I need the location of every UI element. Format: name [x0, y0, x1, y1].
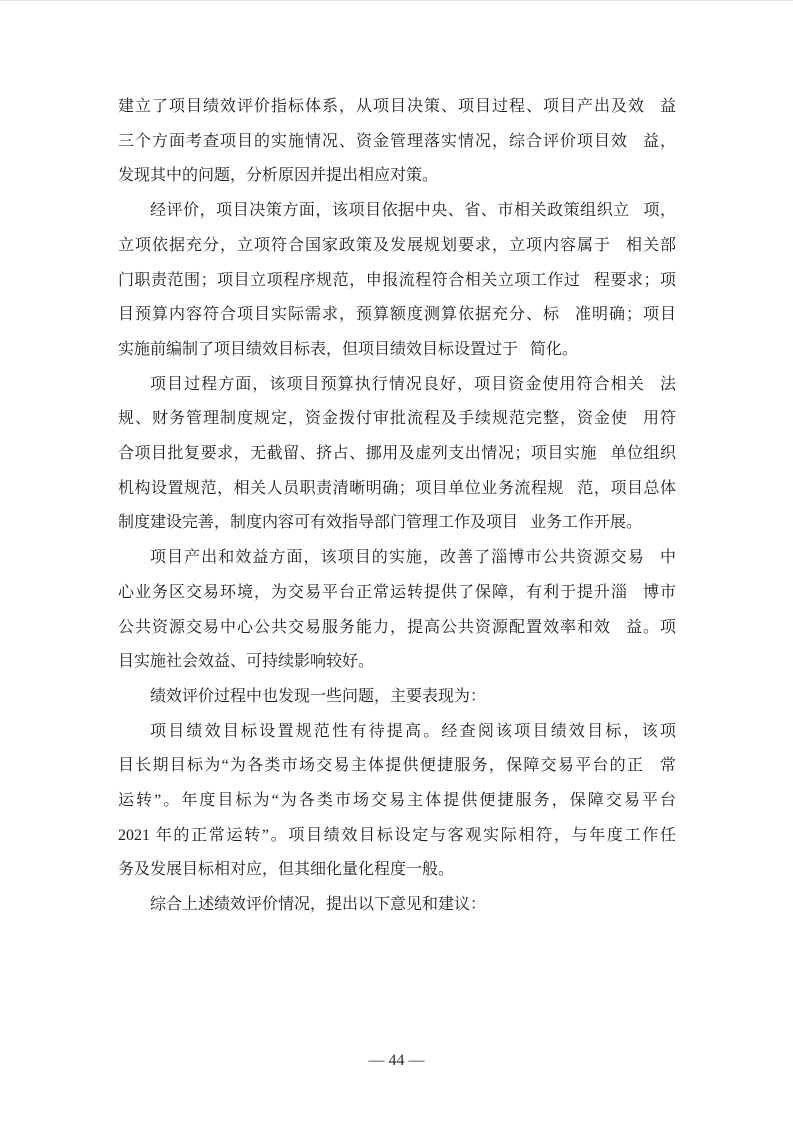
paragraph: 项目绩效目标设置规范性有待提高。经查阅该项目绩效目标，该项 目长期目标为“为各类…: [118, 715, 676, 889]
text-line: 建立了项目绩效评价指标体系，从项目决策、项目过程、项目产出及效 益: [118, 90, 676, 125]
text-line: 目长期目标为“为各类市场交易主体提供便捷服务，保障交易平台的正 常: [118, 749, 676, 784]
text-line: 经评价，项目决策方面，该项目依据中央、省、市相关政策组织立 项，: [118, 194, 676, 229]
text-line: 项目绩效目标设置规范性有待提高。经查阅该项目绩效目标，该项: [118, 715, 676, 750]
text-line: 制度建设完善，制度内容可有效指导部门管理工作及项目 业务工作开展。: [118, 506, 676, 541]
paragraph: 综合上述绩效评价情况，提出以下意见和建议：: [118, 888, 676, 923]
text-line: 2021 年的正常运转”。项目绩效目标设定与客观实际相符，与年度工作任: [118, 819, 676, 854]
text-line: 心业务区交易环境，为交易平台正常运转提供了保障，有利于提升淄 博市: [118, 576, 676, 611]
paragraph: 项目过程方面，该项目预算执行情况良好，项目资金使用符合相关 法 规、财务管理制度…: [118, 368, 676, 542]
text-line: 规、财务管理制度规定，资金拨付审批流程及手续规范完整，资金使 用符: [118, 402, 676, 437]
paragraph: 绩效评价过程中也发现一些问题，主要表现为：: [118, 680, 676, 715]
page-number: — 44 —: [369, 1052, 425, 1069]
text-line: 项目产出和效益方面，该项目的实施，改善了淄博市公共资源交易 中: [118, 541, 676, 576]
text-line: 立项依据充分，立项符合国家政策及发展规划要求，立项内容属于 相关部: [118, 229, 676, 264]
text-line: 务及发展目标相对应，但其细化量化程度一般。: [118, 853, 676, 888]
text-line: 绩效评价过程中也发现一些问题，主要表现为：: [118, 680, 676, 715]
text-line: 门职责范围；项目立项程序规范，申报流程符合相关立项工作过 程要求；项: [118, 264, 676, 299]
text-line: 合项目批复要求，无截留、挤占、挪用及虚列支出情况；项目实施 单位组织: [118, 437, 676, 472]
text-line: 项目过程方面，该项目预算执行情况良好，项目资金使用符合相关 法: [118, 368, 676, 403]
text-line: 目实施社会效益、可持续影响较好。: [118, 645, 676, 680]
text-line: 运转”。年度目标为“为各类市场交易主体提供便捷服务，保障交易平台: [118, 784, 676, 819]
text-line: 机构设置规范，相关人员职责清晰明确；项目单位业务流程规 范，项目总体: [118, 472, 676, 507]
text-line: 发现其中的问题，分析原因并提出相应对策。: [118, 159, 676, 194]
paragraph: 项目产出和效益方面，该项目的实施，改善了淄博市公共资源交易 中 心业务区交易环境…: [118, 541, 676, 680]
paragraph: 建立了项目绩效评价指标体系，从项目决策、项目过程、项目产出及效 益 三个方面考查…: [118, 90, 676, 194]
text-line: 公共资源交易中心公共交易服务能力，提高公共资源配置效率和效 益。项: [118, 611, 676, 646]
paragraph: 经评价，项目决策方面，该项目依据中央、省、市相关政策组织立 项， 立项依据充分，…: [118, 194, 676, 368]
body-text: 建立了项目绩效评价指标体系，从项目决策、项目过程、项目产出及效 益 三个方面考查…: [118, 90, 676, 923]
text-line: 综合上述绩效评价情况，提出以下意见和建议：: [118, 888, 676, 923]
page-footer: — 44 —: [0, 1049, 793, 1073]
document-page: 建立了项目绩效评价指标体系，从项目决策、项目过程、项目产出及效 益 三个方面考查…: [0, 0, 793, 1122]
text-line: 三个方面考查项目的实施情况、资金管理落实情况，综合评价项目效 益，: [118, 125, 676, 160]
text-line: 目预算内容符合项目实际需求，预算额度测算依据充分、标 准明确；项目: [118, 298, 676, 333]
text-line: 实施前编制了项目绩效目标表，但项目绩效目标设置过于 简化。: [118, 333, 676, 368]
